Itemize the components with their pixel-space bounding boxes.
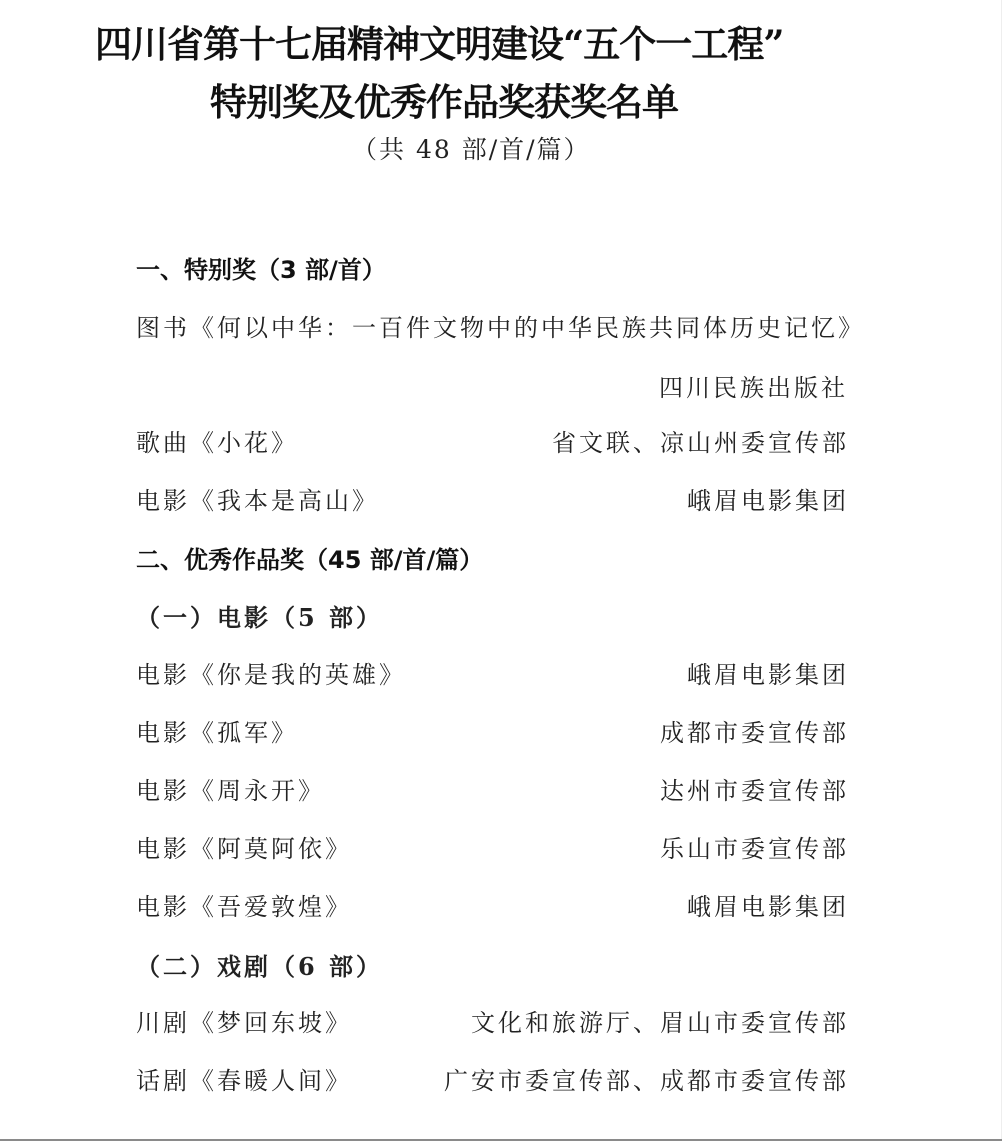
entry-work: 电影《孤军》: [136, 713, 298, 748]
subsection-heading-film: （一）电影（5 部）: [136, 598, 383, 633]
entry-row: 话剧《春暖人间》 广安市委宣传部、成都市委宣传部: [136, 1058, 846, 1098]
entry-row: 电影《吾爱敦煌》 峨眉电影集团: [136, 884, 846, 924]
entry-work: 图书《何以中华：一百件文物中的中华民族共同体历史记忆》: [136, 308, 865, 343]
entry-org: 达州市委宣传部: [660, 771, 849, 806]
entry-org: 成都市委宣传部: [660, 713, 849, 748]
entry-org: 省文联、凉山州委宣传部: [552, 423, 849, 458]
entry-work: 话剧《春暖人间》: [136, 1061, 352, 1096]
entry-row: 电影《我本是高山》 峨眉电影集团: [136, 478, 846, 518]
document-page: 四川省第十七届精神文明建设“五个一工程” 特别奖及优秀作品奖获奖名单 （共 48…: [0, 0, 1002, 1141]
entry-org: 峨眉电影集团: [687, 887, 849, 922]
entry-org: 四川民族出版社: [659, 368, 848, 403]
document-title-line-2: 特别奖及优秀作品奖获奖名单: [210, 72, 1002, 126]
entry-work: 歌曲《小花》: [136, 423, 298, 458]
section-heading-excellent-works: 二、优秀作品奖（45 部/首/篇）: [136, 540, 483, 575]
subsection-heading-drama: （二）戏剧（6 部）: [136, 947, 383, 982]
document-title-line-1: 四川省第十七届精神文明建设“五个一工程”: [95, 14, 1002, 68]
entry-work: 电影《阿莫阿依》: [136, 829, 352, 864]
entry-row: 歌曲《小花》 省文联、凉山州委宣传部: [136, 420, 846, 460]
entry-work: 电影《吾爱敦煌》: [136, 887, 352, 922]
section-heading-special-award: 一、特别奖（3 部/首）: [136, 250, 386, 285]
entry-row: 川剧《梦回东坡》 文化和旅游厅、眉山市委宣传部: [136, 1000, 846, 1040]
entry-work: 电影《你是我的英雄》: [136, 655, 406, 690]
entry-row: 电影《阿莫阿依》 乐山市委宣传部: [136, 826, 846, 866]
entry-work: 电影《我本是高山》: [136, 481, 379, 516]
entry-work: 川剧《梦回东坡》: [136, 1003, 352, 1038]
entry-row: 图书《何以中华：一百件文物中的中华民族共同体历史记忆》: [136, 305, 846, 345]
document-subtitle: （共 48 部/首/篇）: [352, 130, 591, 166]
entry-row: 电影《你是我的英雄》 峨眉电影集团: [136, 652, 846, 692]
entry-row: 电影《周永开》 达州市委宣传部: [136, 768, 846, 808]
entry-org: 峨眉电影集团: [687, 481, 849, 516]
entry-org: 广安市委宣传部、成都市委宣传部: [444, 1061, 849, 1096]
entry-org: 峨眉电影集团: [687, 655, 849, 690]
entry-org: 乐山市委宣传部: [660, 829, 849, 864]
entry-row: 电影《孤军》 成都市委宣传部: [136, 710, 846, 750]
entry-work: 电影《周永开》: [136, 771, 325, 806]
entry-org: 文化和旅游厅、眉山市委宣传部: [471, 1003, 849, 1038]
